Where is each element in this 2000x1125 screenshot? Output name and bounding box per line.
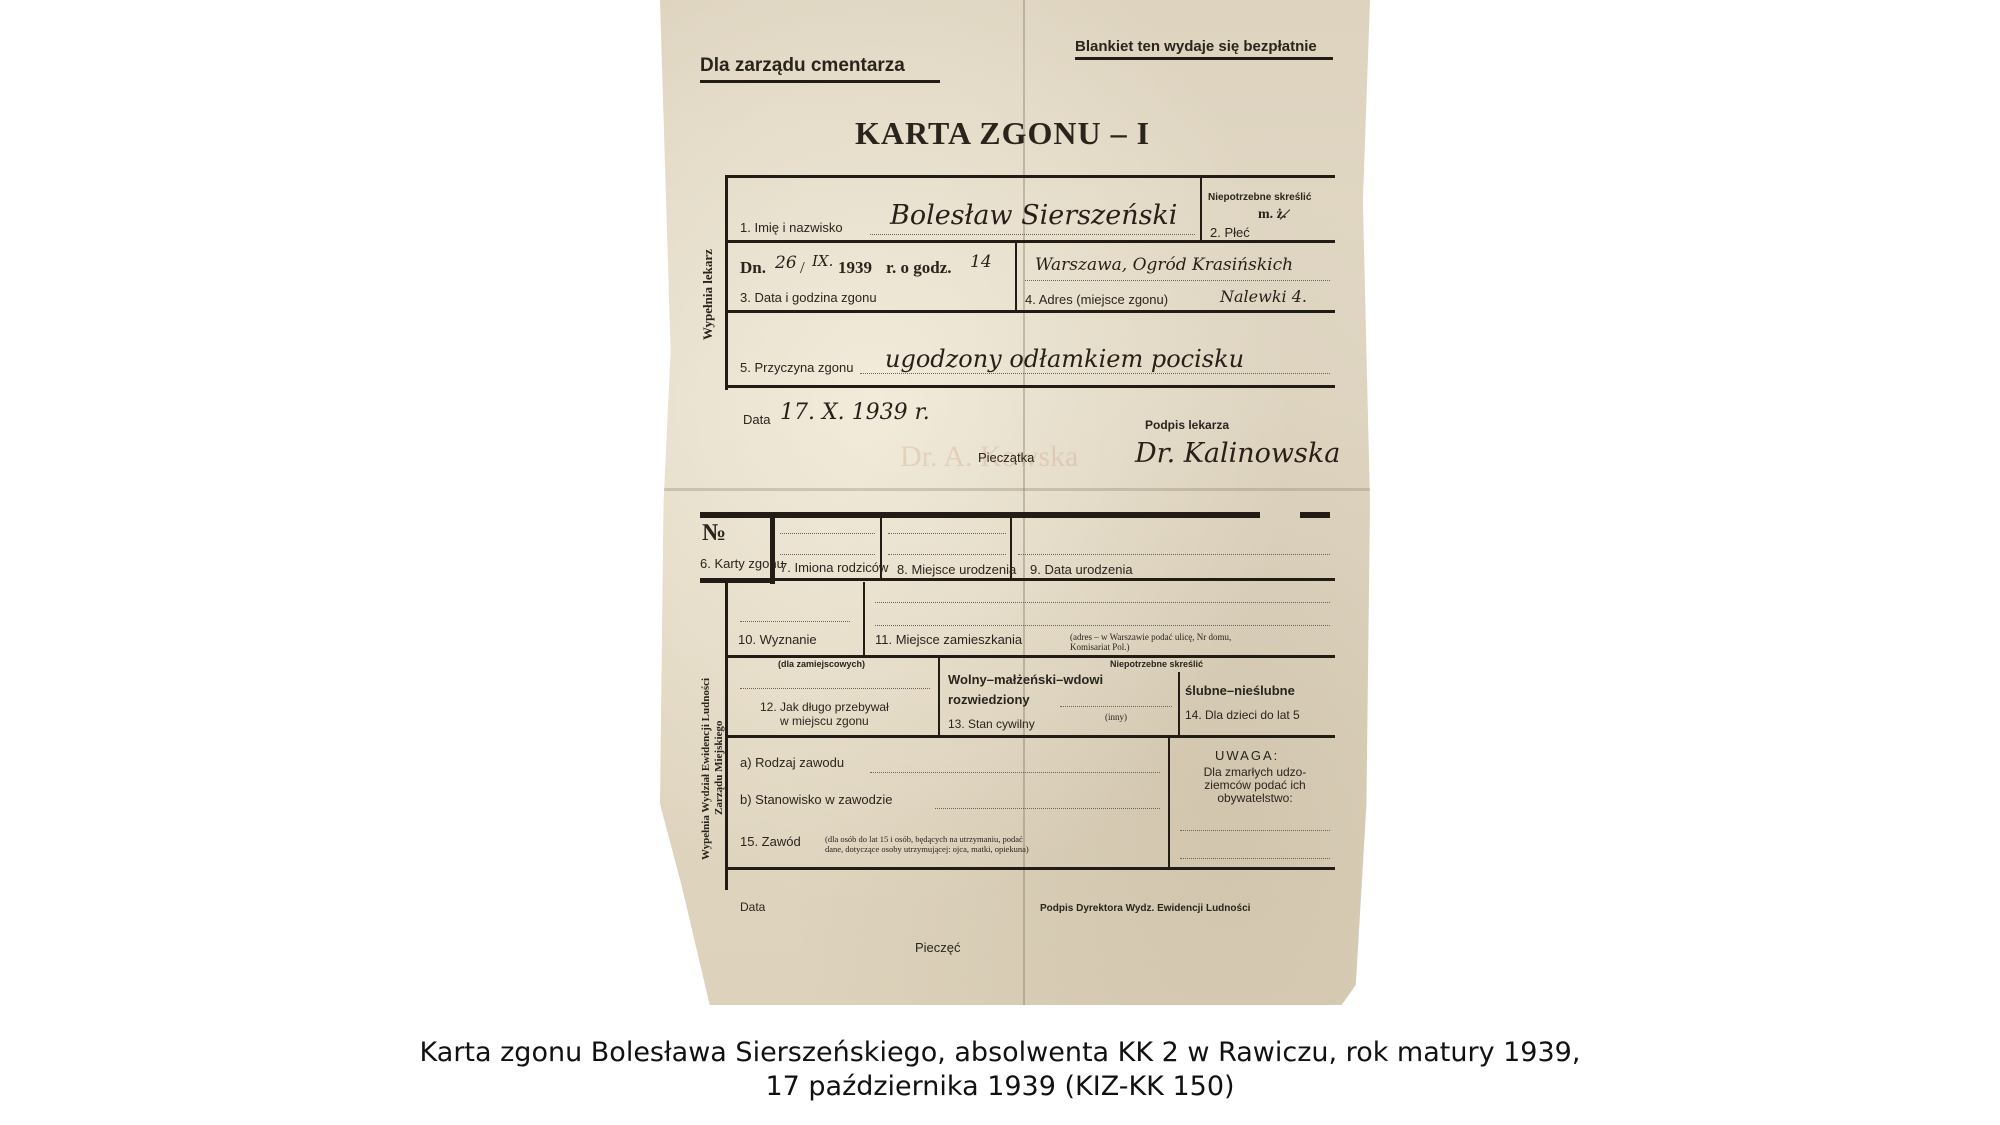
residence-dotted-2 [875, 625, 1330, 626]
stay-label-line2: w miejscu zgonu [760, 714, 889, 728]
death-card-label: 6. Karty zgonu [700, 556, 784, 571]
caption-line2: 17 października 1939 (KIZ-KK 150) [0, 1070, 2000, 1104]
section2-side-label-line1: Wypełnia Wydział Ewidencji Ludności [700, 678, 713, 860]
header-right: Blankiet ten wydaje się bezpłatnie [1075, 38, 1317, 55]
karty-zgonu-bottom-bar [700, 578, 775, 583]
number-sign: № [702, 520, 726, 547]
occupation-label: 15. Zawód [740, 834, 801, 849]
bottom-date-label: Data [740, 900, 765, 914]
death-month: IX. [812, 252, 833, 270]
director-sign-label: Podpis Dyrektora Wydz. Ewidencji Ludnośc… [1040, 903, 1250, 914]
box-left-border [725, 175, 728, 390]
birthdate-dotted [1018, 554, 1330, 555]
col-divider-15 [1168, 737, 1170, 867]
note-line3: obywatelstwo: [1180, 792, 1330, 805]
fold-crease-horizontal [660, 488, 1370, 491]
row-divider-2 [725, 310, 1335, 313]
child-status-label: 14. Dla dzieci do lat 5 [1185, 708, 1300, 722]
row-15-bottom [725, 867, 1335, 870]
row-10-11-bottom [725, 655, 1335, 658]
residence-dotted-1 [875, 602, 1330, 603]
thick-separator-bar [700, 512, 1260, 518]
civil-status-note: Niepotrzebne skreślić [1110, 659, 1203, 669]
citizenship-dotted-1 [1180, 830, 1330, 831]
death-day: 26 [775, 253, 797, 273]
sex-label: 2. Płeć [1210, 225, 1250, 240]
section1-side-label: Wypełnia lekarz [700, 249, 716, 340]
document-title: KARTA ZGONU – I [855, 115, 1150, 152]
header-right-underline [1075, 57, 1333, 60]
occupation-note: (dla osób do lat 15 i osób, będących na … [825, 834, 1029, 854]
occupation-type-dotted [870, 772, 1160, 773]
caption-line1: Karta zgonu Bolesława Sierszeńskiego, ab… [0, 1036, 2000, 1070]
stay-label: 12. Jak długo przebywał w miejscu zgonu [760, 700, 889, 728]
address-value-line2: Nalewki 4. [1220, 287, 1307, 306]
address-label: 4. Adres (miejsce zgonu) [1025, 292, 1168, 307]
residence-note-line2: Komisariat Pol.) [1070, 642, 1231, 652]
religion-dotted [740, 621, 850, 622]
cause-dotted-line [860, 373, 1330, 374]
issue-date-label: Data [743, 412, 770, 427]
date-slash: / [800, 258, 805, 278]
address-dotted-line [1025, 280, 1330, 281]
stay-dotted [740, 688, 930, 689]
date-address-divider [1015, 240, 1017, 310]
header-left-underline [700, 80, 940, 83]
note-text: Dla zmarłych udzo- ziemców podać ich oby… [1180, 766, 1330, 805]
col-divider-13 [1178, 672, 1180, 737]
cause-label: 5. Przyczyna zgonu [740, 360, 853, 375]
stay-note: (dla zamiejscowych) [778, 659, 865, 669]
civil-status-dotted [1060, 706, 1172, 707]
address-value-line1: Warszawa, Ogród Krasińskich [1035, 255, 1293, 275]
col-divider-10 [863, 582, 865, 657]
occupation-type-label: a) Rodzaj zawodu [740, 755, 844, 770]
religion-label: 10. Wyznanie [738, 632, 817, 647]
position-label: b) Stanowisko w zawodzie [740, 792, 892, 807]
occupation-note-line2: dane, dotyczące osoby utrzymującej: ojca… [825, 844, 1029, 854]
caption: Karta zgonu Bolesława Sierszeńskiego, ab… [0, 1036, 2000, 1104]
civil-status-label: 13. Stan cywilny [948, 717, 1035, 731]
civil-status-other: (inny) [1105, 712, 1127, 722]
death-hour: 14 [970, 252, 992, 272]
issue-date-value: 17. X. 1939 r. [780, 400, 930, 425]
row-12-14-bottom [725, 735, 1335, 738]
col-divider-12 [938, 657, 940, 737]
death-certificate-document: Dla zarządu cmentarza Blankiet ten wydaj… [660, 0, 1370, 1005]
stamp-label: Pieczątka [978, 450, 1034, 465]
child-status-options: ślubne–nieślubne [1185, 683, 1295, 698]
position-dotted [935, 808, 1160, 809]
occupation-note-line1: (dla osób do lat 15 i osób, będących na … [825, 834, 1029, 844]
sex-note: Niepotrzebne skreślić [1208, 192, 1311, 203]
parents-dotted-1 [780, 533, 875, 534]
doctor-sign-label: Podpis lekarza [1145, 418, 1229, 432]
note-title: UWAGA: [1215, 748, 1279, 763]
col-divider-6 [770, 512, 775, 584]
box-top-border [725, 175, 1335, 178]
date-label: 3. Data i godzina zgonu [740, 290, 877, 305]
parents-label: 7. Imiona rodziców [780, 560, 888, 575]
row-divider-1 [725, 240, 1335, 243]
thick-separator-bar-end [1300, 512, 1330, 518]
date-prefix: Dn. [740, 258, 766, 278]
doctor-signature: Dr. Kalinowska [1135, 438, 1340, 469]
birthplace-dotted-2 [888, 554, 1006, 555]
residence-label: 11. Miejsce zamieszkania [875, 632, 1022, 647]
parents-dotted-2 [780, 554, 875, 555]
civil-status-options-2: rozwiedziony [948, 692, 1030, 707]
row-divider-3 [725, 385, 1335, 388]
name-dotted-line [870, 234, 1195, 235]
death-year: 1939 [838, 258, 872, 278]
stay-label-line1: 12. Jak długo przebywał [760, 700, 889, 714]
bottom-stamp-label: Pieczęć [915, 940, 961, 955]
birthplace-label: 8. Miejsce urodzenia [897, 562, 1016, 577]
birthdate-label: 9. Data urodzenia [1030, 562, 1133, 577]
residence-note: (adres – w Warszawie podać ulicę, Nr dom… [1070, 632, 1231, 652]
date-mid: r. o godz. [886, 258, 952, 278]
name-value: Bolesław Sierszeński [890, 200, 1177, 231]
section2-side-label: Wypełnia Wydział Ewidencji Ludności Zarz… [700, 678, 726, 860]
citizenship-dotted-2 [1180, 858, 1330, 859]
residence-note-line1: (adres – w Warszawie podać ulicę, Nr dom… [1070, 632, 1231, 642]
name-label: 1. Imię i nazwisko [740, 220, 843, 235]
sex-column-divider [1200, 175, 1202, 240]
civil-status-options-1: Wolny–małżeński–wdowi [948, 672, 1103, 687]
header-left: Dla zarządu cmentarza [700, 55, 905, 77]
row-6-9-bottom [770, 578, 1335, 581]
cause-value: ugodzony odłamkiem pocisku [885, 345, 1244, 373]
birthplace-dotted-1 [888, 533, 1006, 534]
